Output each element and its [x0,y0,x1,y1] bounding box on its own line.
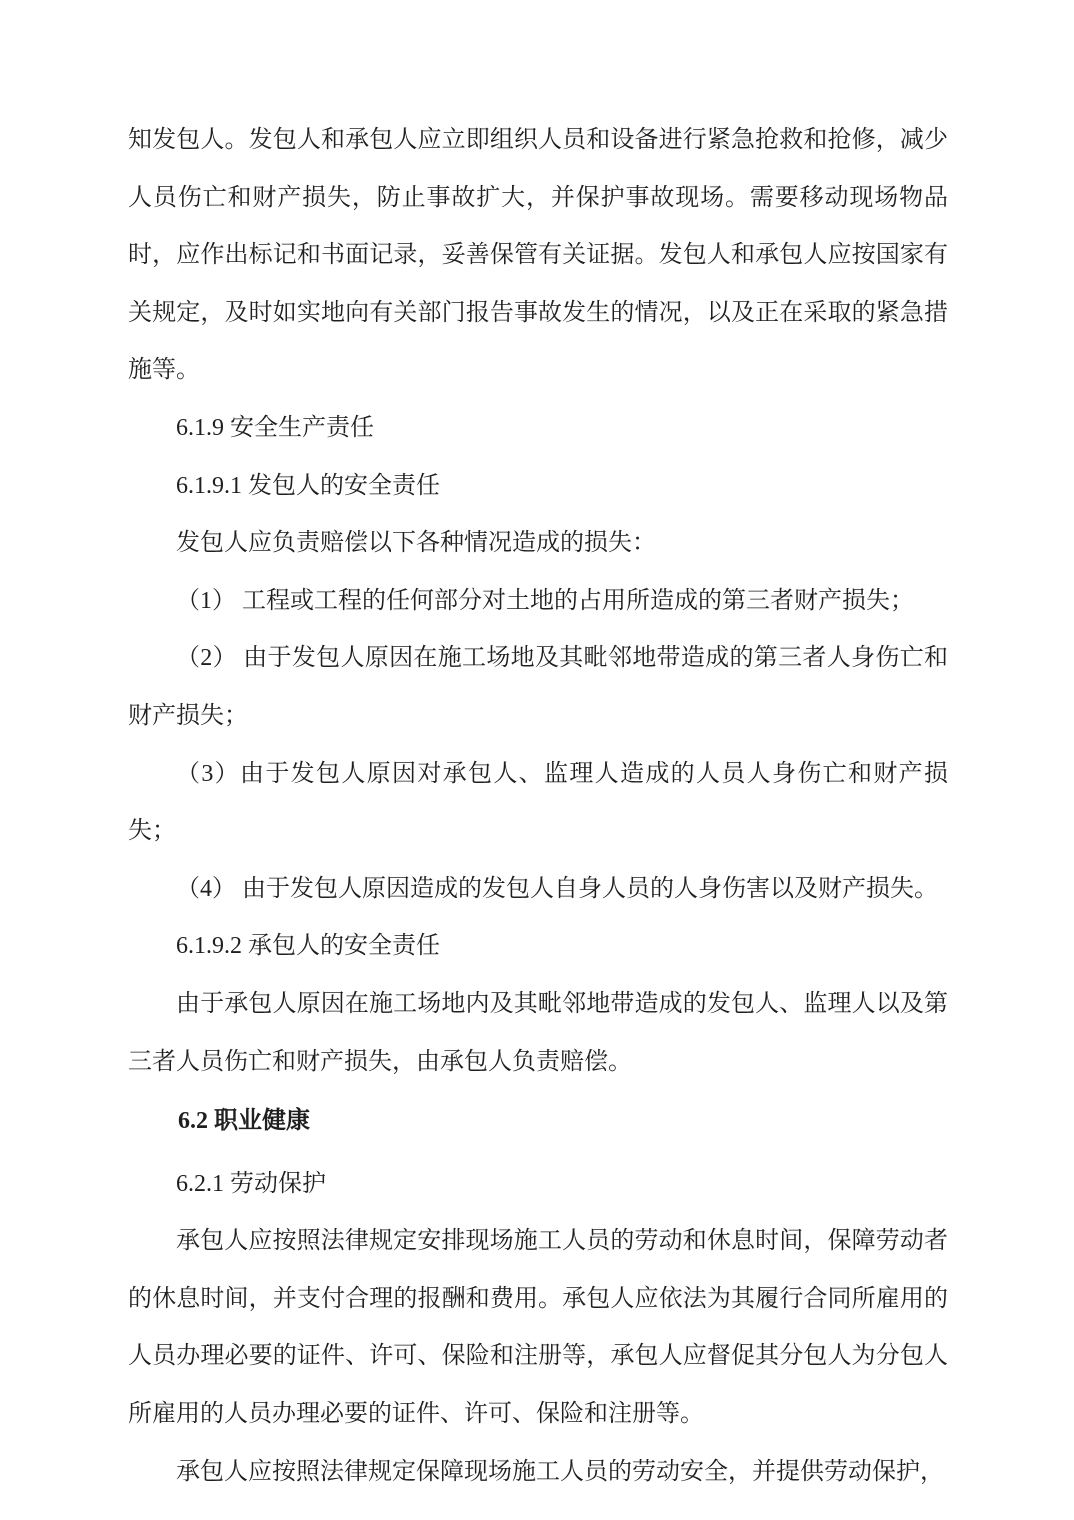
paragraph-labor-rest-time-and-registration: 承包人应按照法律规定安排现场施工人员的劳动和休息时间，保障劳动者的休息时间，并支… [128,1213,948,1443]
paragraph-contractor-compensation: 由于承包人原因在施工场地内及其毗邻地带造成的发包人、监理人以及第三者人员伤亡和财… [128,976,948,1091]
heading-6-1-9-safety-production-responsibility: 6.1.9 安全生产责任 [128,400,948,458]
heading-6-1-9-1-employer-safety-responsibility: 6.1.9.1 发包人的安全责任 [128,458,948,516]
document-page: 知发包人。发包人和承包人应立即组织人员和设备进行紧急抢救和抢修，减少人员伤亡和财… [0,0,1074,1520]
heading-6-1-9-2-contractor-safety-responsibility: 6.1.9.2 承包人的安全责任 [128,918,948,976]
list-item-1-land-occupation-loss: （1） 工程或工程的任何部分对土地的占用所造成的第三者财产损失； [128,573,948,631]
paragraph-employer-compensation-intro: 发包人应负责赔偿以下各种情况造成的损失： [128,515,948,573]
list-item-2-adjacent-area-loss: （2） 由于发包人原因在施工场地及其毗邻地带造成的第三者人身伤亡和财产损失； [128,630,948,745]
list-item-4-employer-own-personnel-loss: （4） 由于发包人原因造成的发包人自身人员的人身伤害以及财产损失。 [128,861,948,919]
heading-6-2-occupational-health: 6.2 职业健康 [128,1093,948,1151]
paragraph-accident-rescue-continuation: 知发包人。发包人和承包人应立即组织人员和设备进行紧急抢救和抢修，减少人员伤亡和财… [128,112,948,400]
heading-6-2-1-labor-protection: 6.2.1 劳动保护 [128,1156,948,1214]
paragraph-labor-safety-protection: 承包人应按照法律规定保障现场施工人员的劳动安全，并提供劳动保护， [128,1444,948,1502]
list-item-3-contractor-supervisor-loss: （3）由于发包人原因对承包人、监理人造成的人员人身伤亡和财产损失； [128,746,948,861]
